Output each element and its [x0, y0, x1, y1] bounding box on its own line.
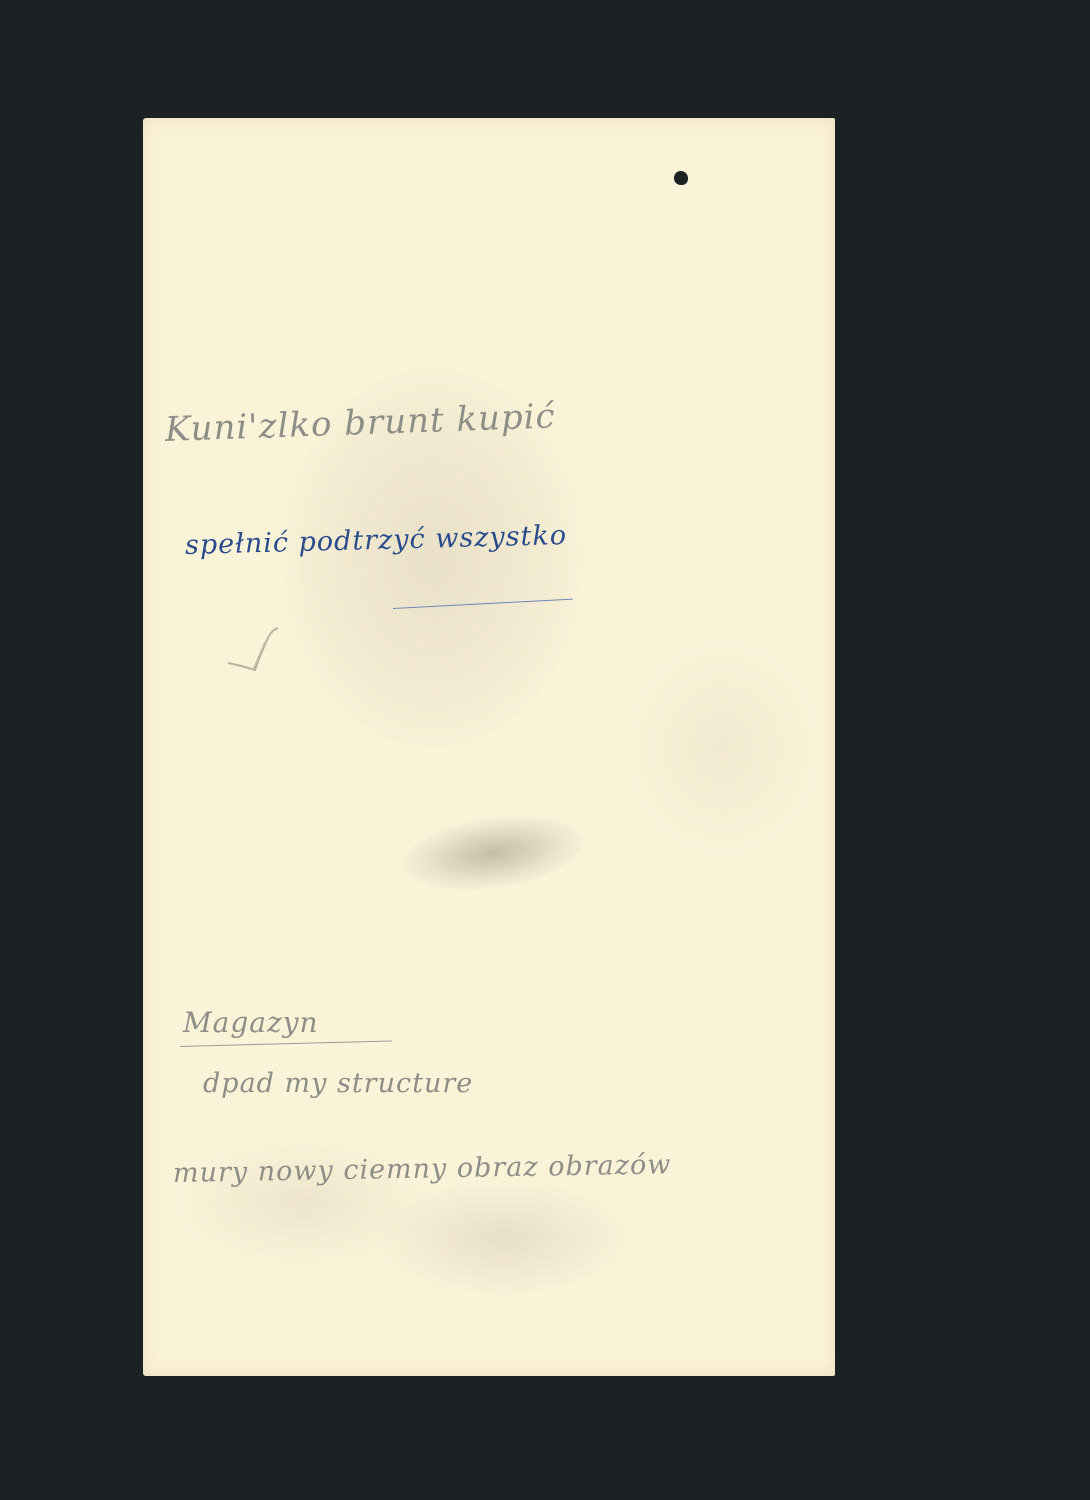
- handwritten-heading-magazyn: Magazyn: [183, 1006, 319, 1039]
- ghost-smudge: [373, 1178, 633, 1298]
- pencil-check-mark: [223, 618, 283, 678]
- handwritten-line-2-ink: spełnić podtrzyć wszystko: [185, 520, 568, 561]
- handwritten-line-5: mury nowy ciemny obraz obrazów: [173, 1149, 672, 1189]
- dark-smudge: [399, 806, 587, 900]
- pencil-underline-stroke: [180, 1040, 392, 1047]
- punched-hole: [674, 171, 688, 185]
- ink-underline-stroke: [393, 599, 573, 609]
- handwritten-line-1: Kuni'zlko brunt kupić: [164, 396, 556, 450]
- ghost-smudge: [623, 638, 823, 858]
- handwritten-line-4: dpad my structure: [203, 1068, 473, 1099]
- paper-sheet: Kuni'zlko brunt kupić spełnić podtrzyć w…: [143, 118, 835, 1376]
